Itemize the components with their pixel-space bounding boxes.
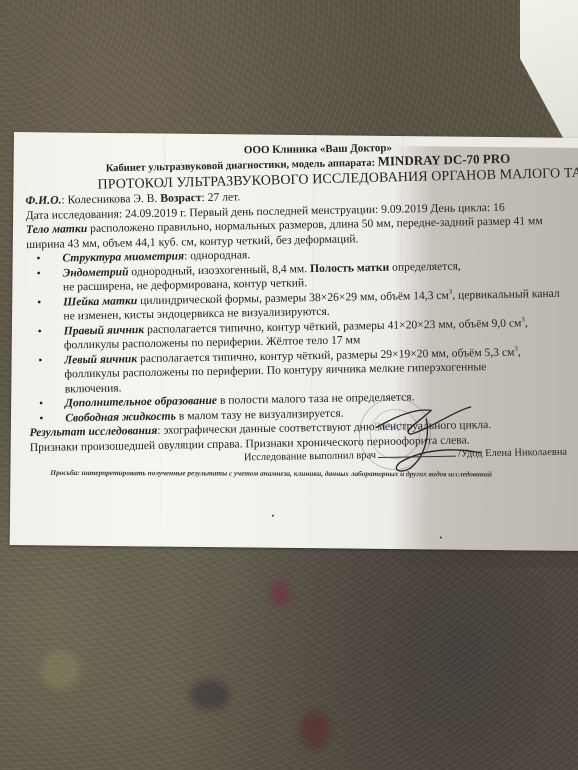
finding-after: , цервикальный канал [452,286,560,301]
carpet-stain [190,680,230,710]
finding-extra-label: Полость матки [310,260,389,274]
bullet-icon: • [37,295,63,310]
age-value: : 27 лет. [201,190,240,204]
device-model: MINDRAY DC-70 PRO [377,151,510,169]
findings-list: •Структура миометрия: однородная.•Эндоме… [26,242,578,426]
ultrasound-protocol-sheet: ООО Клиника «Ваш Доктор» Кабинет ультраз… [10,132,578,551]
protocol-body: Ф.И.О.: Колесникова Э. В. Возраст: 27 ле… [25,184,578,469]
age-label: Возраст [160,191,202,205]
handwritten-signature [370,398,491,479]
performed-by-label: Исследование выполнил врач [244,450,376,463]
carpet-stain [40,650,80,690]
bullet-icon: • [39,396,65,411]
bullet-icon: • [38,353,64,368]
finding-label: Дополнительное образование [65,394,217,410]
uterus-label: Тело матки [26,222,87,236]
finding-label: Левый яичник [64,352,137,366]
request-note: Просьба: интерпретировать полученные рез… [50,468,492,479]
paper-speck [440,536,442,538]
paper-speck [272,515,274,517]
finding-label: Правый яичник [64,323,145,337]
fio-label: Ф.И.О. [25,193,61,207]
finding-label: Шейка матки [63,294,137,308]
finding-label: Структура миометрия [62,249,184,264]
result-label: Результат исследования [29,424,157,439]
fio-value: : Колесникова Э. В. [61,192,160,207]
finding-label: Эндометрий [63,265,129,279]
bullet-icon: • [37,266,63,281]
carpet-stain [270,580,290,606]
finding-text: : однородная. [184,248,250,262]
finding-after: , [525,316,528,329]
finding-label: Свободная жидкость [65,409,176,424]
bullet-icon: • [36,251,62,266]
finding-extra-text: определяется, [389,259,461,273]
carpet-stain [300,710,330,750]
bullet-icon: • [38,324,64,339]
finding-text: в малом тазу не визуализируется. [176,406,344,422]
finding-text: однородный, изоэхогенный, 8,4 мм. [128,262,310,278]
finding-after: , [518,345,521,358]
bullet-icon: • [39,411,65,426]
